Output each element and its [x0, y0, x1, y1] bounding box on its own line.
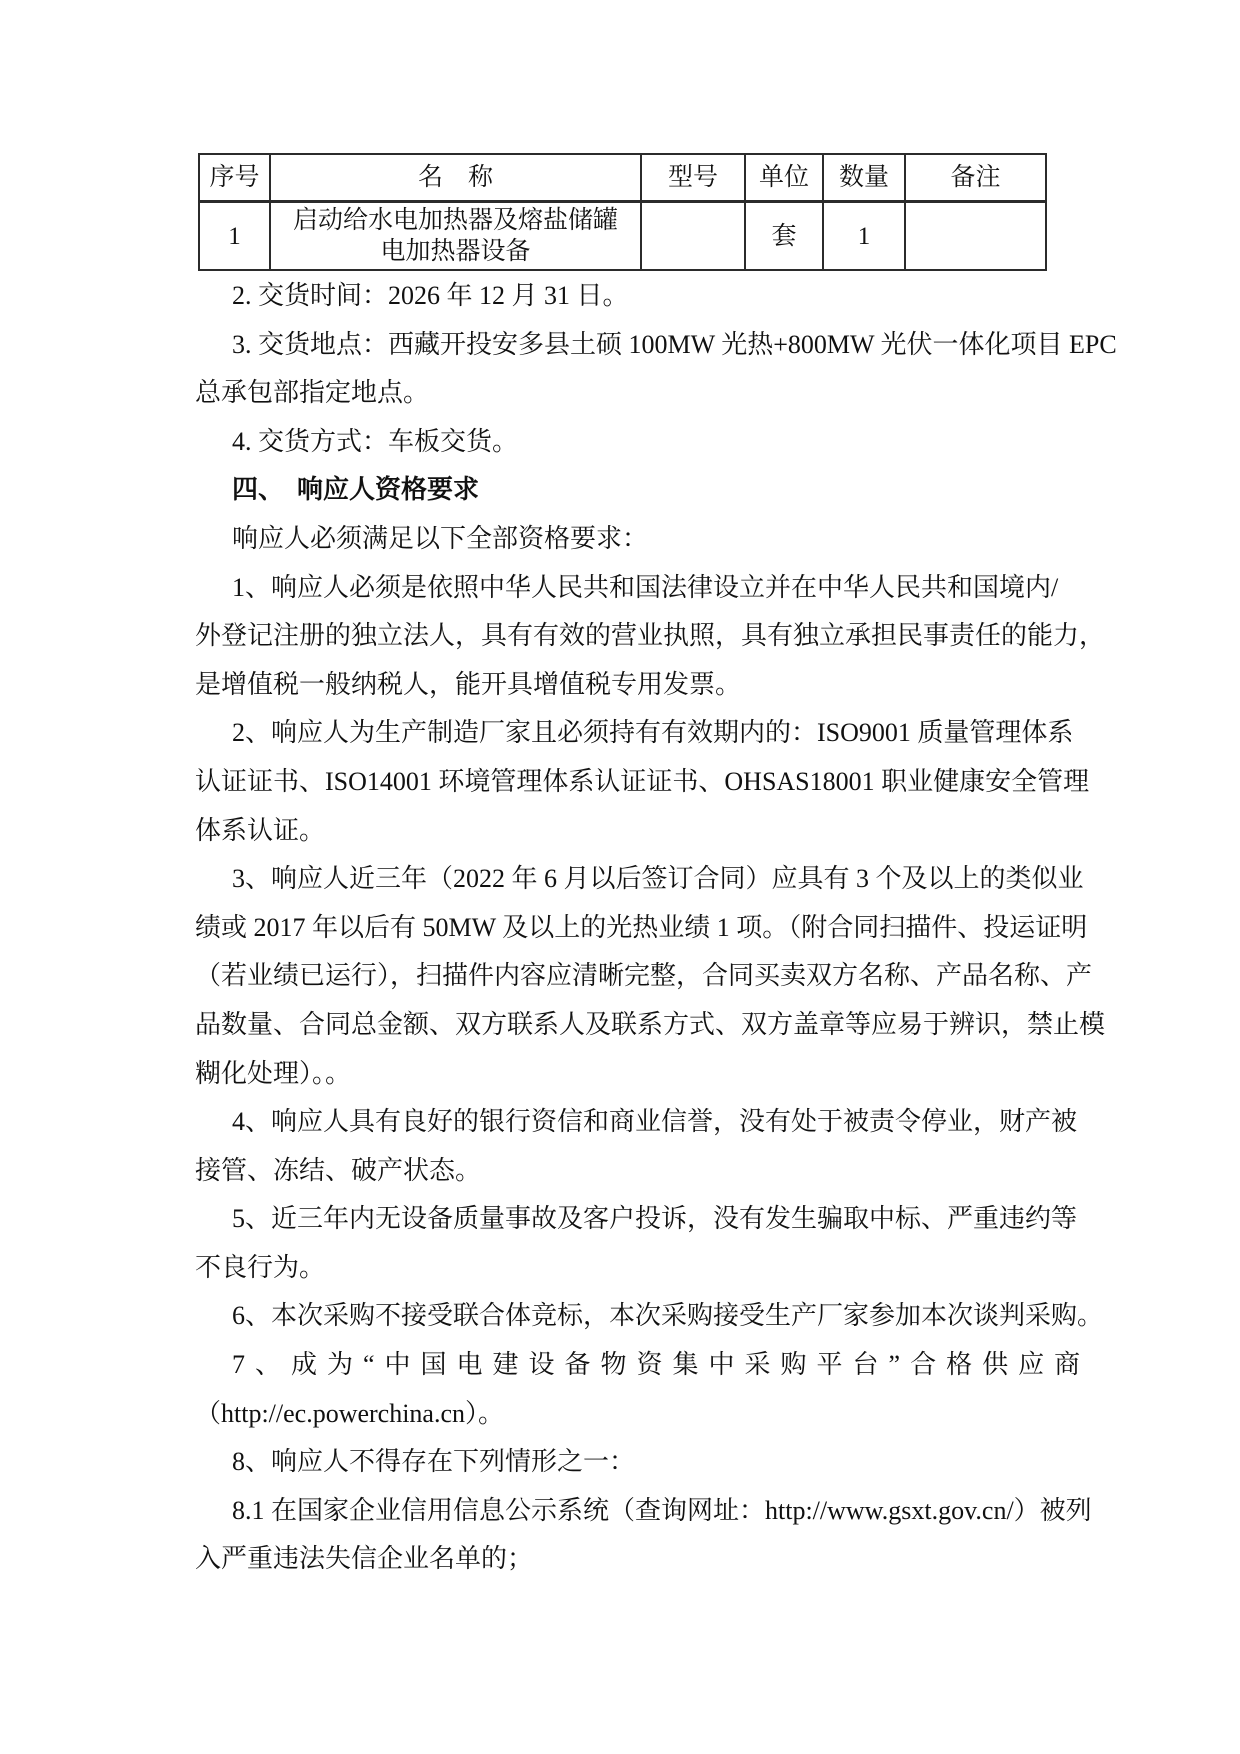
body-line-item1-2: 外登记注册的独立法人，具有有效的营业执照，具有独立承担民事责任的能力， — [195, 612, 1085, 661]
body-line-item4-1: 4、响应人具有良好的银行资信和商业信誉，没有处于被责令停业，财产被 — [195, 1098, 1085, 1147]
body-line-delivery-method: 4. 交货方式：车板交货。 — [195, 418, 1085, 467]
cell-unit: 套 — [745, 202, 823, 271]
cell-seq: 1 — [199, 202, 270, 271]
cell-name: 启动给水电加热器及熔盐储罐 电加热器设备 — [270, 202, 641, 271]
cell-name-line2: 电加热器设备 — [380, 238, 530, 265]
body-line-item3-4: 品数量、合同总金额、双方联系人及联系方式、双方盖章等应易于辨识，禁止模 — [195, 1001, 1085, 1050]
body-line-item8: 8、响应人不得存在下列情形之一： — [195, 1438, 1085, 1487]
body-line-item3-2: 绩或 2017 年以后有 50MW 及以上的光热业绩 1 项。（附合同扫描件、投… — [195, 904, 1085, 953]
document-body: 2. 交货时间：2026 年 12 月 31 日。 3. 交货地点：西藏开投安多… — [195, 272, 1085, 1584]
body-line-item5-2: 不良行为。 — [195, 1244, 1085, 1293]
equipment-table: 序号 名 称 型号 单位 数量 备注 1 启动给水电加热器及熔盐储罐 电加热器设… — [198, 153, 1047, 271]
body-line-item3-1: 3、响应人近三年（2022 年 6 月以后签订合同）应具有 3 个及以上的类似业 — [195, 855, 1085, 904]
body-line-item3-5: 糊化处理）。。 — [195, 1050, 1085, 1099]
cell-model — [641, 202, 745, 271]
document-page: 序号 名 称 型号 单位 数量 备注 1 启动给水电加热器及熔盐储罐 电加热器设… — [0, 0, 1240, 1754]
body-line-item7-1: 7、成为“中国电建设备物资集中采购平台”合格供应商 — [195, 1341, 1085, 1390]
body-line-item2-1: 2、响应人为生产制造厂家且必须持有有效期内的：ISO9001 质量管理体系 — [195, 709, 1085, 758]
section-heading-qualification: 四、 响应人资格要求 — [195, 466, 1085, 515]
body-line-item2-3: 体系认证。 — [195, 807, 1085, 856]
body-line-delivery-place-2: 总承包部指定地点。 — [195, 369, 1085, 418]
table-header-unit: 单位 — [745, 154, 823, 202]
body-line-item4-2: 接管、冻结、破产状态。 — [195, 1147, 1085, 1196]
cell-note — [905, 202, 1046, 271]
table-header-qty: 数量 — [823, 154, 905, 202]
table-header-model: 型号 — [641, 154, 745, 202]
body-line-item8-1a: 8.1 在国家企业信用信息公示系统（查询网址：http://www.gsxt.g… — [195, 1487, 1085, 1536]
body-line-intro: 响应人必须满足以下全部资格要求： — [195, 515, 1085, 564]
table-header-name: 名 称 — [270, 154, 641, 202]
body-line-item1-3: 是增值税一般纳税人，能开具增值税专用发票。 — [195, 661, 1085, 710]
body-line-item6: 6、本次采购不接受联合体竞标，本次采购接受生产厂家参加本次谈判采购。 — [195, 1292, 1085, 1341]
table-header-row: 序号 名 称 型号 单位 数量 备注 — [199, 154, 1046, 202]
body-line-delivery-time: 2. 交货时间：2026 年 12 月 31 日。 — [195, 272, 1085, 321]
body-line-item5-1: 5、近三年内无设备质量事故及客户投诉，没有发生骗取中标、严重违约等 — [195, 1195, 1085, 1244]
table-header-note: 备注 — [905, 154, 1046, 202]
body-line-item2-2: 认证证书、ISO14001 环境管理体系认证证书、OHSAS18001 职业健康… — [195, 758, 1085, 807]
body-line-item7-url: （http://ec.powerchina.cn）。 — [195, 1390, 1085, 1439]
table-header-seq: 序号 — [199, 154, 270, 202]
body-line-item8-1b: 入严重违法失信企业名单的； — [195, 1535, 1085, 1584]
body-line-delivery-place-1: 3. 交货地点：西藏开投安多县土硕 100MW 光热+800MW 光伏一体化项目… — [195, 321, 1085, 370]
cell-name-line1: 启动给水电加热器及熔盐储罐 — [293, 207, 618, 234]
body-line-item3-3: （若业绩已运行），扫描件内容应清晰完整，合同买卖双方名称、产品名称、产 — [195, 952, 1085, 1001]
table-row: 1 启动给水电加热器及熔盐储罐 电加热器设备 套 1 — [199, 202, 1046, 271]
body-line-item1-1: 1、响应人必须是依照中华人民共和国法律设立并在中华人民共和国境内/ — [195, 564, 1085, 613]
cell-qty: 1 — [823, 202, 905, 271]
